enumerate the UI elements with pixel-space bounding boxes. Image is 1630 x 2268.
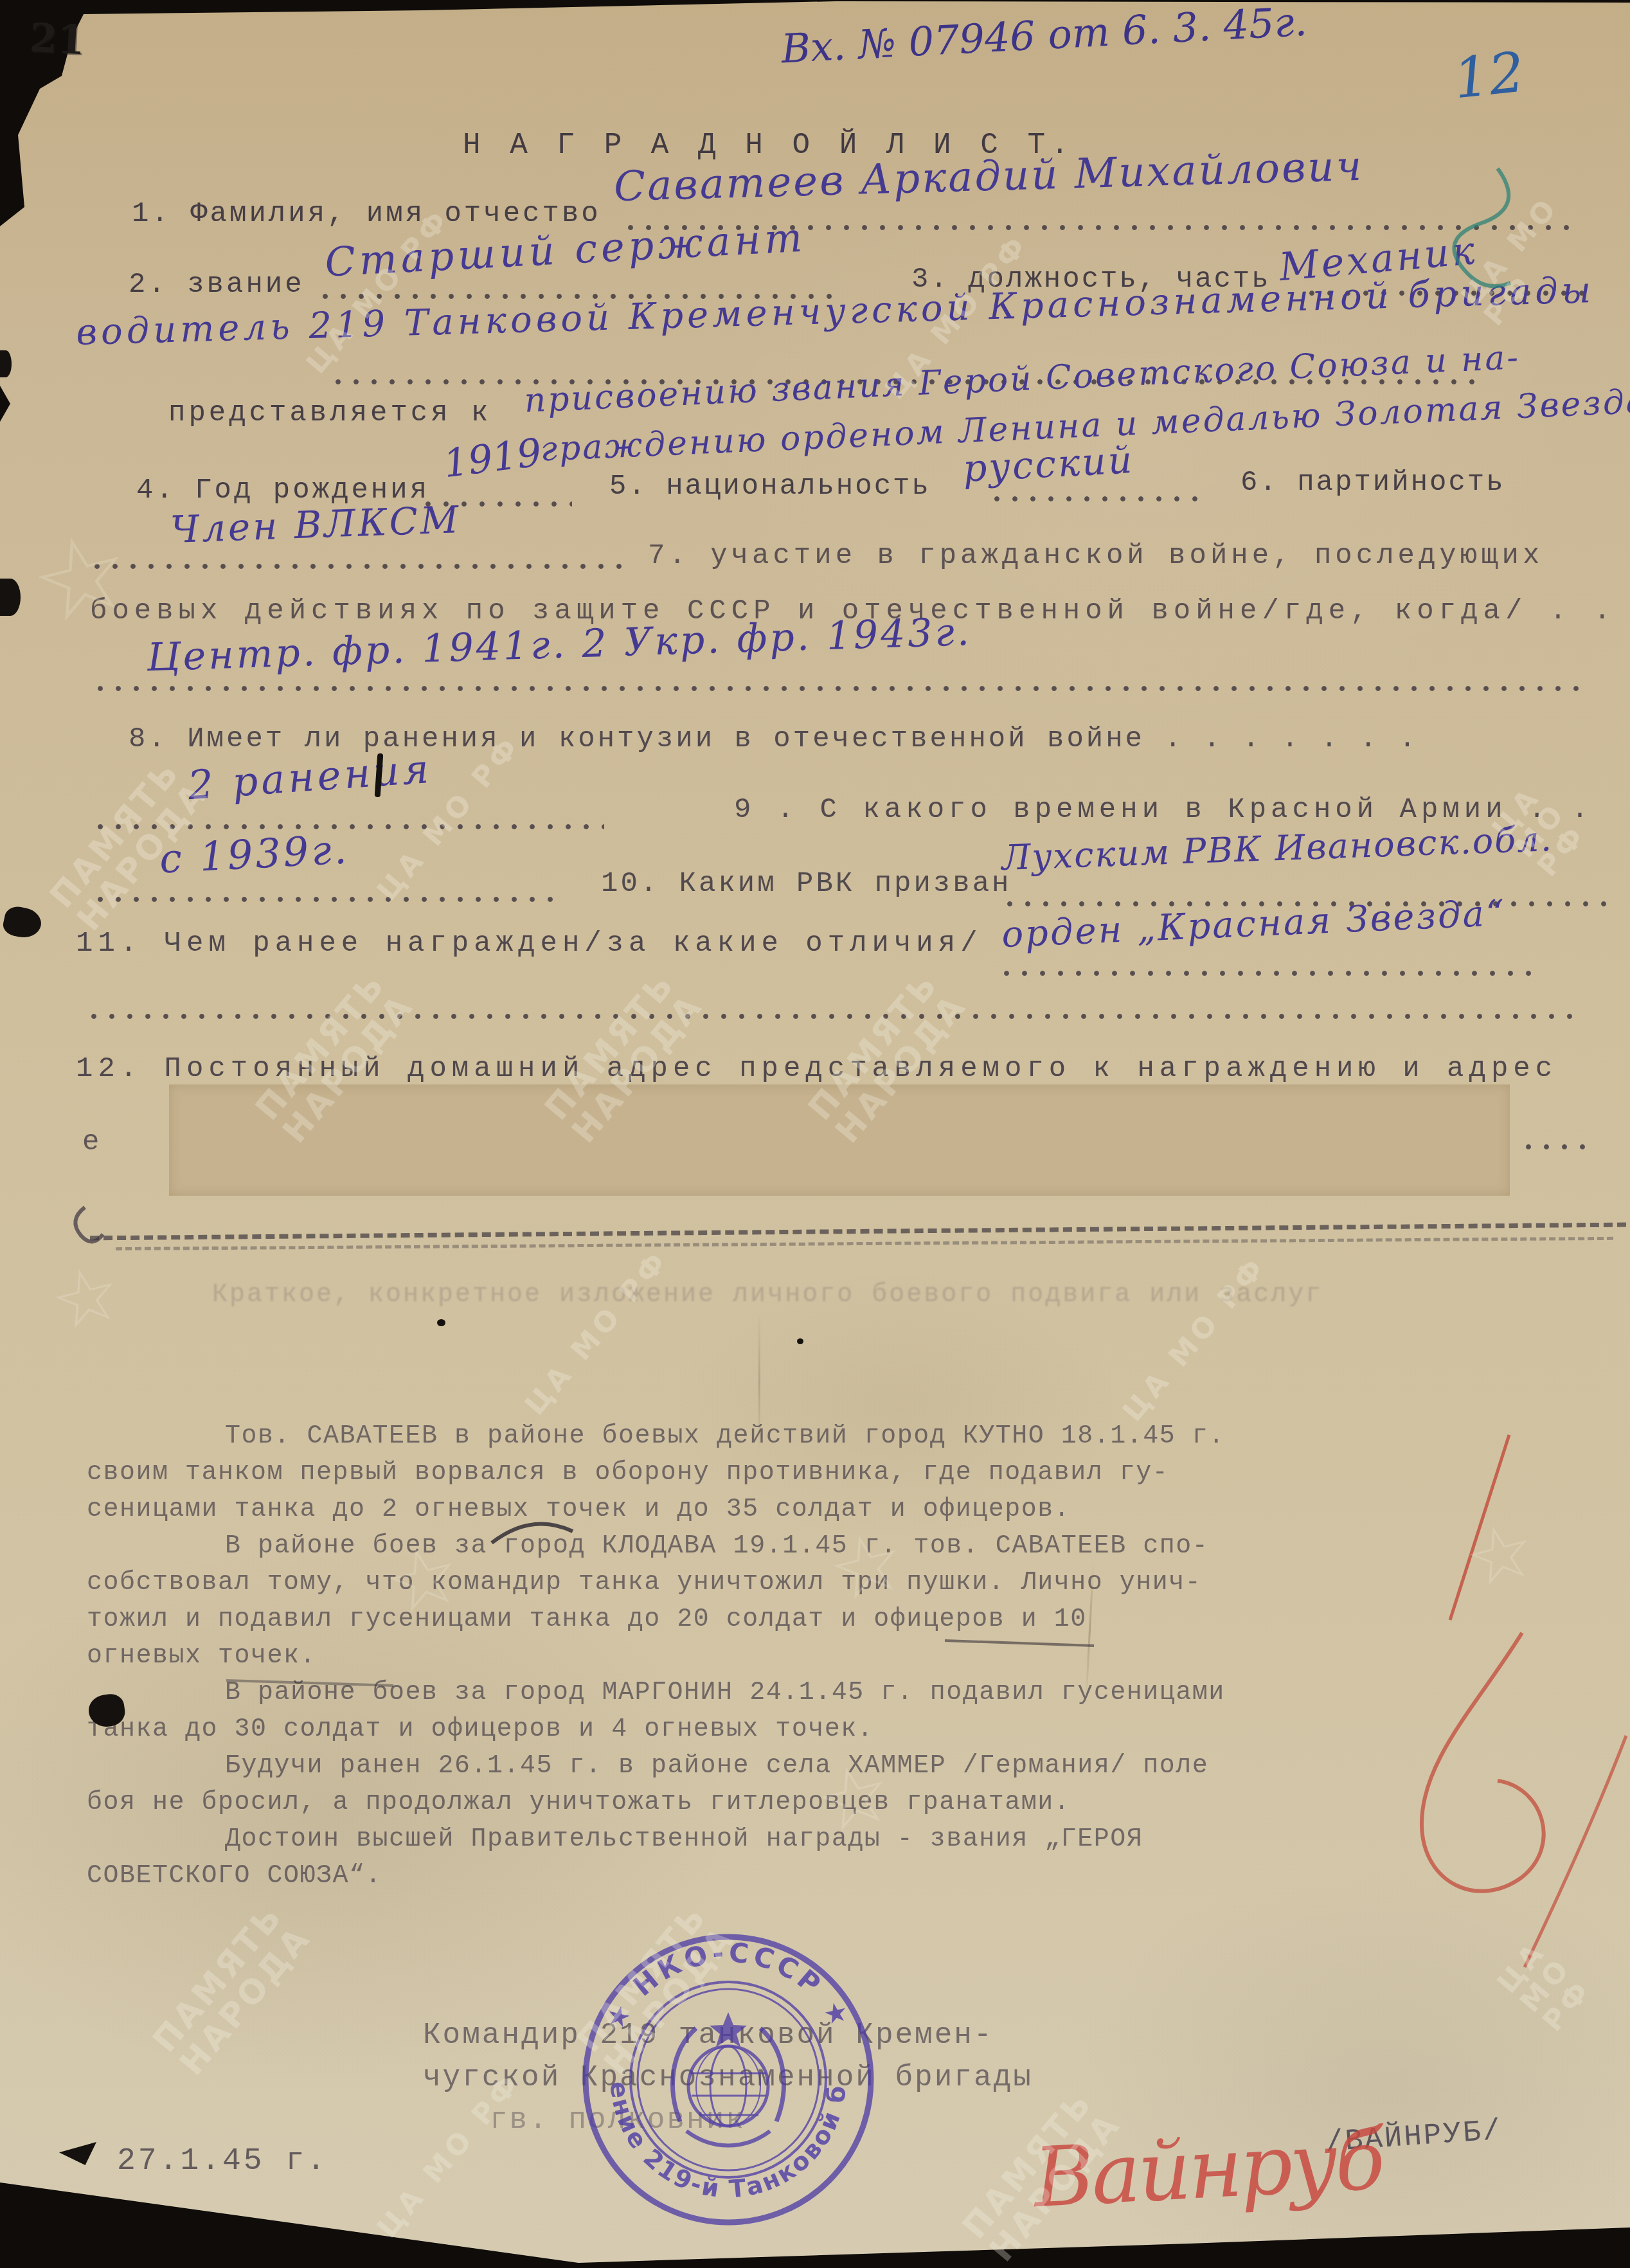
speck [437, 1319, 445, 1326]
speck [797, 1338, 803, 1344]
scanned-award-document: 21 Вх. № 07946 от 6. 3. 45г. 12 Н А Г Р … [0, 0, 1630, 2268]
ink-curl [75, 1207, 103, 1242]
red-pencil-loop [1422, 1633, 1544, 1891]
paper-crease [758, 1311, 760, 1453]
ink-blot [0, 350, 12, 377]
black-underline2 [226, 1680, 393, 1686]
pen-marks-overlay [0, 0, 1630, 2268]
ink-blot [0, 579, 21, 616]
black-underline [945, 1641, 1094, 1646]
teal-scribble [1454, 168, 1510, 286]
red-pencil-line [1450, 1435, 1509, 1620]
black-pen-curve [492, 1524, 573, 1543]
